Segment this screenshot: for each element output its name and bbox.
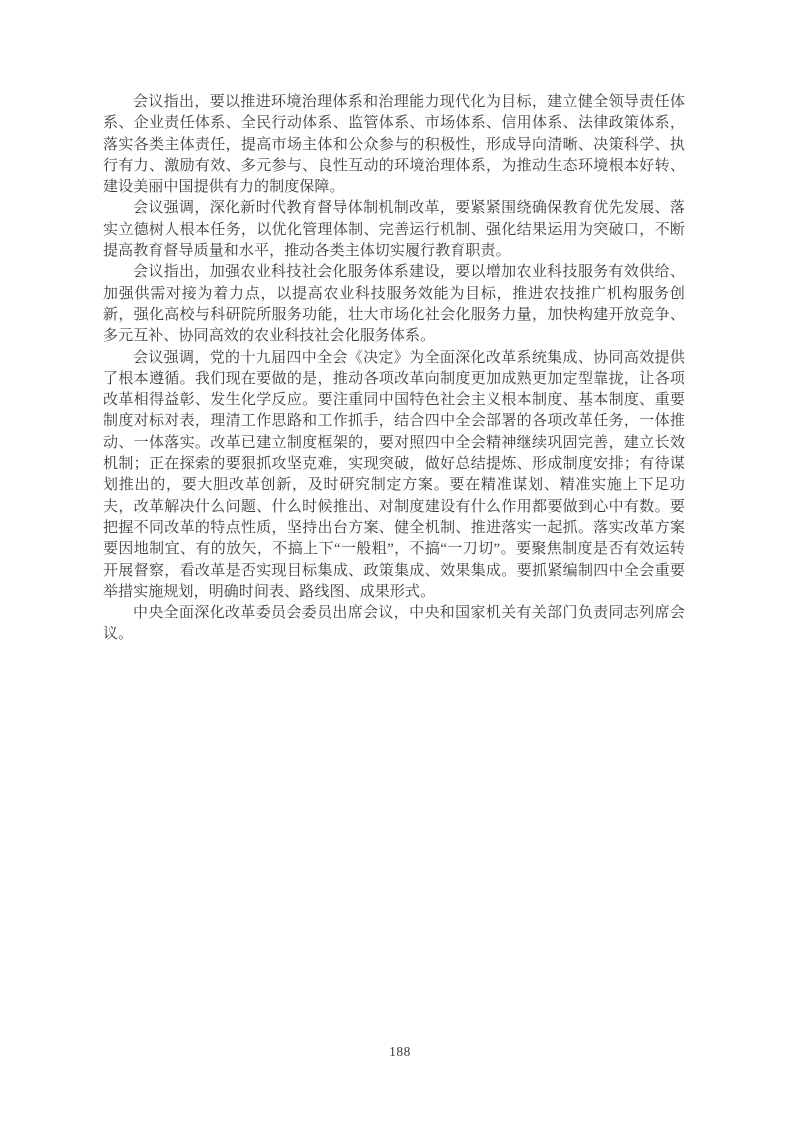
paragraph-3: 会议指出，加强农业科技社会化服务体系建设，要以增加农业科技服务有效供给、加强供需… [103, 262, 685, 347]
paragraph-1: 会议指出，要以推进环境治理体系和治理能力现代化为目标，建立健全领导责任体系、企业… [103, 92, 685, 198]
paragraph-5: 中央全面深化改革委员会委员出席会议，中央和国家机关有关部门负责同志列席会议。 [103, 603, 685, 646]
paragraph-4: 会议强调，党的十九届四中全会《决定》为全面深化改革系统集成、协同高效提供了根本遵… [103, 348, 685, 604]
document-page: 会议指出，要以推进环境治理体系和治理能力现代化为目标，建立健全领导责任体系、企业… [0, 0, 800, 1133]
paragraph-2: 会议强调，深化新时代教育督导体制机制改革，要紧紧围绕确保教育优先发展、落实立德树… [103, 198, 685, 262]
document-body: 会议指出，要以推进环境治理体系和治理能力现代化为目标，建立健全领导责任体系、企业… [103, 92, 685, 646]
page-number: 188 [0, 1044, 800, 1060]
